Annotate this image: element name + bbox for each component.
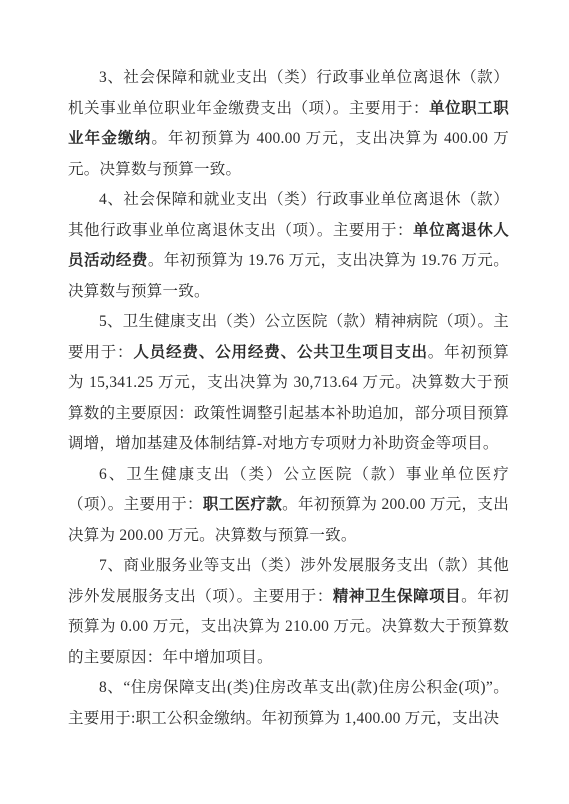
emphasis-text: 职工医疗款 <box>203 496 282 513</box>
emphasis-text: 人员经费、公用经费、公共卫生项目支出 <box>133 344 427 361</box>
paragraph-item-4: 4、社会保障和就业支出（类）行政事业单位离退休（款）其他行政事业单位离退休支出（… <box>68 185 509 307</box>
emphasis-text: 精神卫生保障项目 <box>333 588 461 605</box>
paragraph-item-6: 6、卫生健康支出（类）公立医院（款）事业单位医疗（项）。主要用于：职工医疗款。年… <box>68 460 509 552</box>
paragraph-item-3: 3、社会保障和就业支出（类）行政事业单位离退休（款）机关事业单位职业年金缴费支出… <box>68 63 509 185</box>
paragraph-item-8: 8、“住房保障支出(类)住房改革支出(款)住房公积金(项)”。主要用于:职工公积… <box>68 673 509 734</box>
paragraph-item-7: 7、商业服务业等支出（类）涉外发展服务支出（款）其他涉外发展服务支出（项）。主要… <box>68 551 509 673</box>
document-body: 3、社会保障和就业支出（类）行政事业单位离退休（款）机关事业单位职业年金缴费支出… <box>68 63 509 734</box>
document-page: 3、社会保障和就业支出（类）行政事业单位离退休（款）机关事业单位职业年金缴费支出… <box>0 0 569 804</box>
paragraph-item-5: 5、卫生健康支出（类）公立医院（款）精神病院（项）。主要用于：人员经费、公用经费… <box>68 307 509 460</box>
body-text: 8、“住房保障支出(类)住房改革支出(款)住房公积金(项)”。主要用于:职工公积… <box>68 679 509 727</box>
